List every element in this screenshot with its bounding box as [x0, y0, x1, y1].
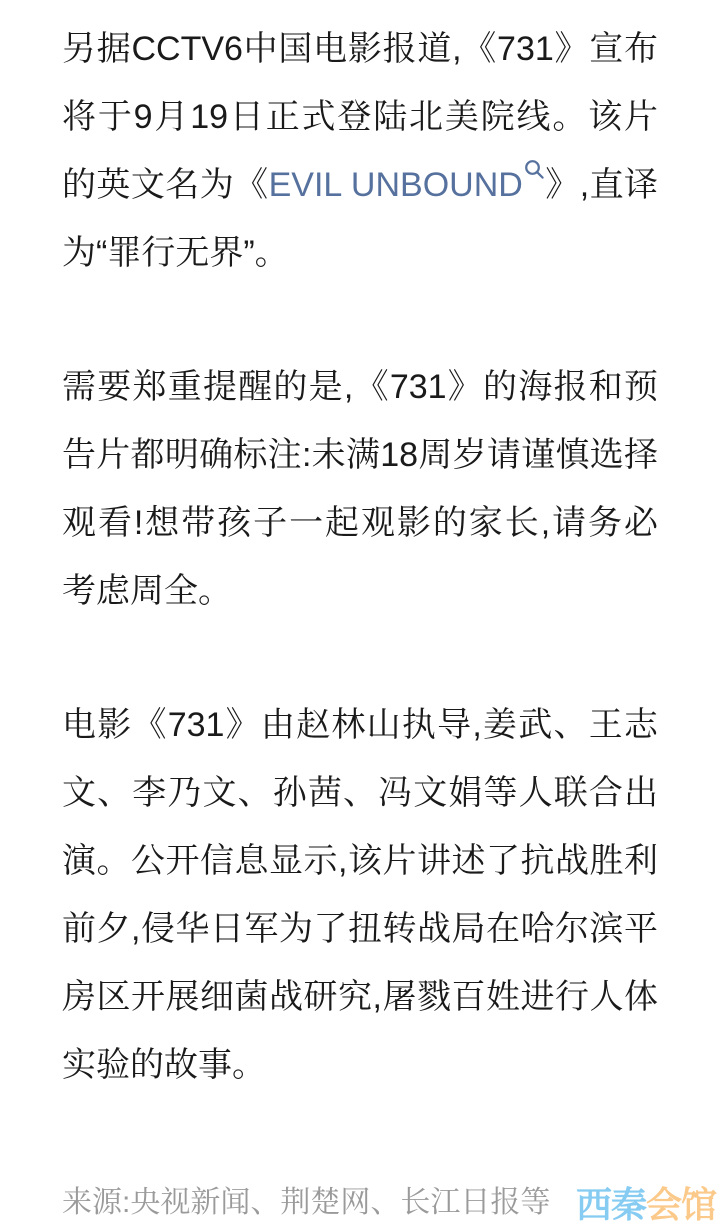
article-body: 另据CCTV6中国电影报道,《731》宣布将于9月19日正式登陆北美院线。该片的…: [0, 0, 720, 1223]
paragraph-2: 需要郑重提醒的是,《731》的海报和预告片都明确标注:未满18周岁请谨慎选择观看…: [62, 353, 658, 625]
search-icon[interactable]: [524, 159, 545, 180]
movie-title-search-link[interactable]: EVIL UNBOUND: [269, 166, 523, 204]
paragraph-3: 电影《731》由赵林山执导,姜武、王志文、李乃文、孙茜、冯文娟等人联合出演。公开…: [62, 691, 658, 1099]
paragraph-1: 另据CCTV6中国电影报道,《731》宣布将于9月19日正式登陆北美院线。该片的…: [62, 15, 658, 287]
source-line: 来源:央视新闻、荆楚网、长江日报等: [62, 1183, 658, 1223]
